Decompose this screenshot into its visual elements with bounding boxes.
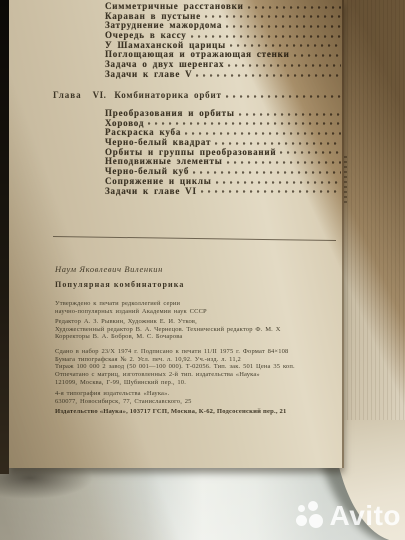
toc-item-row: Раскраска куба xyxy=(105,127,342,137)
colophon-line: Тираж 100 000 2 завод (50 001—100 000). … xyxy=(55,363,347,371)
toc-item-label: Сопряжение и циклы xyxy=(105,176,212,186)
toc-item-row: Задачи к главе V xyxy=(105,69,342,79)
toc-item-row: Черно-белый квадрат xyxy=(105,137,342,147)
avito-logo-icon xyxy=(296,501,326,531)
dot-leader xyxy=(239,113,341,116)
toc-item-label: Преобразования и орбиты xyxy=(105,108,235,118)
dot-leader xyxy=(205,15,341,18)
avito-watermark: Avito xyxy=(296,500,401,532)
toc-item-row: У Шамаханской царицы xyxy=(105,40,342,50)
dot-leader xyxy=(227,161,341,164)
dot-leader xyxy=(226,25,341,28)
toc-item-label: Черно-белый куб xyxy=(105,166,189,176)
toc-item-row: Черно-белый куб xyxy=(105,166,342,176)
colophon-line: Сдано в набор 23/X 1974 г. Подписано к п… xyxy=(55,348,347,356)
toc-item-row: Сопряжение и циклы xyxy=(105,176,342,186)
watermark-brand-text: Avito xyxy=(330,500,401,532)
toc-item-row: Преобразования и орбиты xyxy=(105,108,342,118)
toc-item-label: Раскраска куба xyxy=(105,127,181,137)
editorial-staff-block: Редактор А. З. Рывкин, Художник Е. И. Ут… xyxy=(55,318,347,341)
colophon-divider-rule xyxy=(53,236,336,241)
dot-leader xyxy=(280,151,341,154)
dot-leader xyxy=(248,6,341,9)
book-page: Симметричные расстановкиКараван в пустын… xyxy=(8,0,344,468)
toc-chapter5-items: Симметричные расстановкиКараван в пустын… xyxy=(105,1,342,79)
toc-item-label: Черно-белый квадрат xyxy=(105,137,211,147)
toc-item-label: Поглощающая и отражающая стенки xyxy=(105,49,290,59)
fore-edge-print-mark xyxy=(344,156,347,206)
toc-item-label: Задачи к главе V xyxy=(105,69,192,79)
dot-leader xyxy=(216,181,341,184)
toc-item-label: Орбиты и группы преобразований xyxy=(105,147,276,157)
toc-item-label: Хоровод xyxy=(105,118,144,128)
book-fore-edge xyxy=(341,0,405,420)
colophon-line: Бумага типографская № 2. Усл. печ. л. 10… xyxy=(55,356,347,364)
toc-chapter6-items: Преобразования и орбитыХороводРаскраска … xyxy=(105,108,342,195)
printing-house-block: 4-я типография издательства «Наука».6300… xyxy=(55,390,347,405)
toc-item-row: Очередь в кассу xyxy=(105,30,342,40)
toc-item-row: Хоровод xyxy=(105,118,342,128)
dot-leader xyxy=(196,74,341,77)
book-page-photo: Симметричные расстановкиКараван в пустын… xyxy=(0,0,405,540)
toc-item-row: Орбиты и группы преобразований xyxy=(105,147,342,157)
dot-leader xyxy=(201,190,341,193)
chapter-number: VI. xyxy=(93,90,107,100)
colophon-line: Редактор А. З. Рывкин, Художник Е. И. Ут… xyxy=(55,318,347,326)
toc-item-row: Неподвижные элементы xyxy=(105,156,342,166)
toc-item-row: Поглощающая и отражающая стенки xyxy=(105,49,342,59)
colophon-line: Отпечатано с матриц, изготовленных 2-й т… xyxy=(55,371,347,379)
toc-item-label: У Шамаханской царицы xyxy=(105,40,226,50)
dot-leader xyxy=(226,95,341,98)
toc-item-row: Симметричные расстановки xyxy=(105,1,342,11)
toc-item-row: Задача о двух шеренгах xyxy=(105,59,342,69)
toc-item-label: Неподвижные элементы xyxy=(105,156,223,166)
chapter-title: Комбинаторика орбит xyxy=(114,90,221,100)
print-data-block: Сдано в набор 23/X 1974 г. Подписано к п… xyxy=(55,348,347,371)
book-title: Популярная комбинаторика xyxy=(55,280,347,289)
printed-from-block: Отпечатано с матриц, изготовленных 2-й т… xyxy=(55,371,347,386)
colophon-line: 121099, Москва, Г-99, Шубинский пер., 10… xyxy=(55,379,347,387)
toc-item-label: Симметричные расстановки xyxy=(105,1,244,11)
dot-leader xyxy=(228,64,341,67)
chapter-word: Глава xyxy=(53,90,82,100)
book-spine-shadow xyxy=(0,0,9,474)
toc-item-row: Караван в пустыне xyxy=(105,11,342,21)
colophon-line: Корректоры В. А. Бобров, М. С. Бочарова xyxy=(55,333,347,341)
toc-item-label: Очередь в кассу xyxy=(105,30,187,40)
dot-leader xyxy=(294,54,341,57)
dot-leader xyxy=(148,122,341,125)
dot-leader xyxy=(230,44,341,47)
toc-item-row: Задачи к главе VI xyxy=(105,186,342,196)
dot-leader xyxy=(193,171,341,174)
colophon-line: Художественный редактор В. А. Чернецов. … xyxy=(55,326,347,334)
toc-item-label: Караван в пустыне xyxy=(105,11,201,21)
toc-item-label: Затруднение мажордома xyxy=(105,20,222,30)
colophon-line: 630077, Новосибирск, 77, Станиславского,… xyxy=(55,398,347,406)
colophon-line: 4-я типография издательства «Наука». xyxy=(55,390,347,398)
toc-item-row: Затруднение мажордома xyxy=(105,20,342,30)
author-name: Наум Яковлевич Виленкин xyxy=(55,264,347,274)
toc-item-label: Задача о двух шеренгах xyxy=(105,59,224,69)
dot-leader xyxy=(191,35,341,38)
toc-item-label: Задачи к главе VI xyxy=(105,186,197,196)
dot-leader xyxy=(215,142,341,145)
approval-block: Утверждено к печати редколлегией сериина… xyxy=(55,300,347,315)
colophon-line: научно-популярных изданий Академии наук … xyxy=(55,308,347,316)
publisher-address-line: Издательство «Наука», 103717 ГСП, Москва… xyxy=(55,408,347,415)
colophon-line: Утверждено к печати редколлегией серии xyxy=(55,300,347,308)
dot-leader xyxy=(185,132,341,135)
toc-chapter6-heading: Глава VI. Комбинаторика орбит xyxy=(53,90,342,100)
